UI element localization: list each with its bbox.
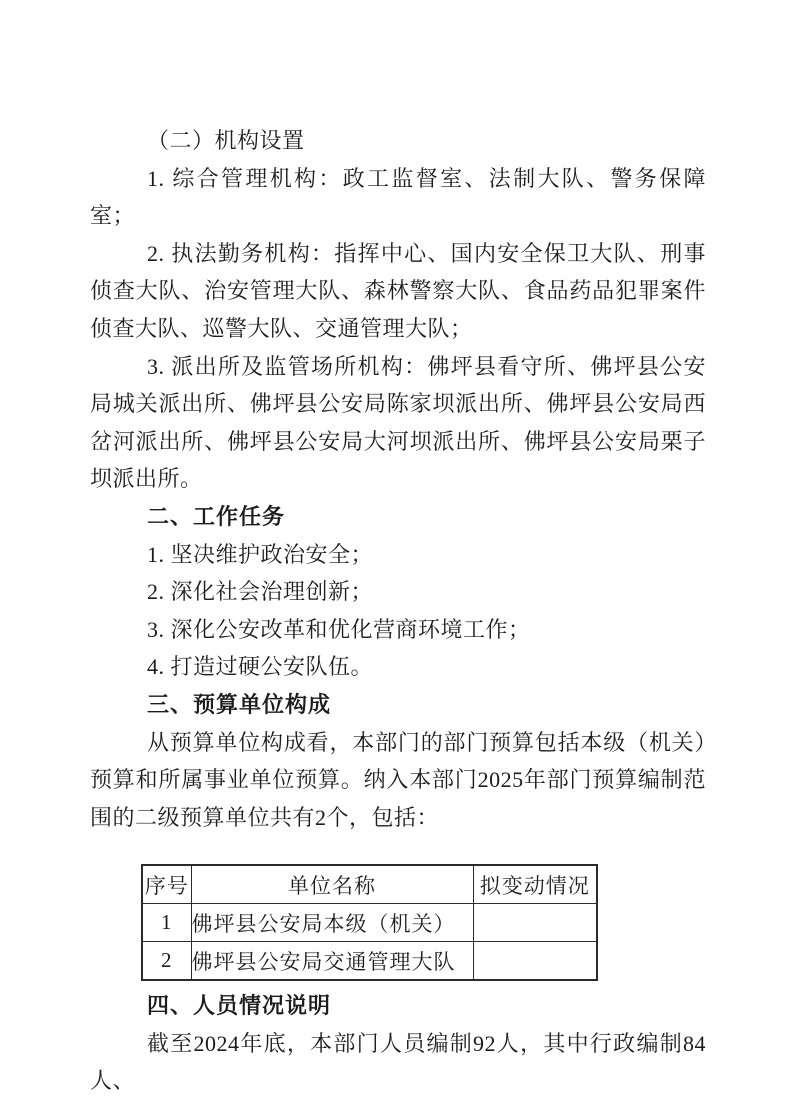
heading-budget-units: 三、预算单位构成	[147, 686, 706, 724]
table-header-change: 拟变动情况	[473, 865, 597, 904]
document-page: （二）机构设置 1. 综合管理机构：政工监督室、法制大队、警务保障室； 2. 执…	[0, 0, 792, 1120]
cell-row1-index: 1	[142, 904, 191, 942]
cell-row2-name: 佛坪县公安局交通管理大队	[191, 942, 473, 981]
heading-personnel: 四、人员情况说明	[147, 987, 706, 1025]
table-row: 1 佛坪县公安局本级（机关）	[142, 904, 597, 942]
cell-row2-index: 2	[142, 942, 191, 981]
para-budget-units-intro: 从预算单位构成看，本部门的部门预算包括本级（机关）预算和所属事业单位预算。纳入本…	[90, 724, 706, 837]
para-personnel-intro: 截至2024年底，本部门人员编制92人，其中行政编制84人、	[90, 1025, 706, 1100]
para-task-2: 2. 深化社会治理创新；	[90, 573, 706, 611]
cell-row2-change	[473, 942, 597, 981]
cell-row1-change	[473, 904, 597, 942]
para-task-4: 4. 打造过硬公安队伍。	[90, 648, 706, 686]
para-org-admin: 1. 综合管理机构：政工监督室、法制大队、警务保障室；	[90, 160, 706, 235]
document-content: （二）机构设置 1. 综合管理机构：政工监督室、法制大队、警务保障室； 2. 执…	[90, 0, 706, 1100]
heading-work-tasks: 二、工作任务	[147, 498, 706, 536]
table-header-index: 序号	[142, 865, 191, 904]
para-org-stations: 3. 派出所及监管场所机构：佛坪县看守所、佛坪县公安局城关派出所、佛坪县公安局陈…	[90, 348, 706, 498]
para-org-setup-title: （二）机构设置	[90, 122, 706, 160]
para-org-enforcement: 2. 执法勤务机构：指挥中心、国内安全保卫大队、刑事侦查大队、治安管理大队、森林…	[90, 235, 706, 348]
table-row: 2 佛坪县公安局交通管理大队	[142, 942, 597, 981]
para-task-3: 3. 深化公安改革和优化营商环境工作；	[90, 611, 706, 649]
budget-units-table: 序号 单位名称 拟变动情况 1 佛坪县公安局本级（机关） 2 佛坪县公安局交通管…	[141, 864, 598, 981]
cell-row1-name: 佛坪县公安局本级（机关）	[191, 904, 473, 942]
table-header-name: 单位名称	[191, 865, 473, 904]
para-task-1: 1. 坚决维护政治安全；	[90, 536, 706, 574]
table-header-row: 序号 单位名称 拟变动情况	[142, 865, 597, 904]
